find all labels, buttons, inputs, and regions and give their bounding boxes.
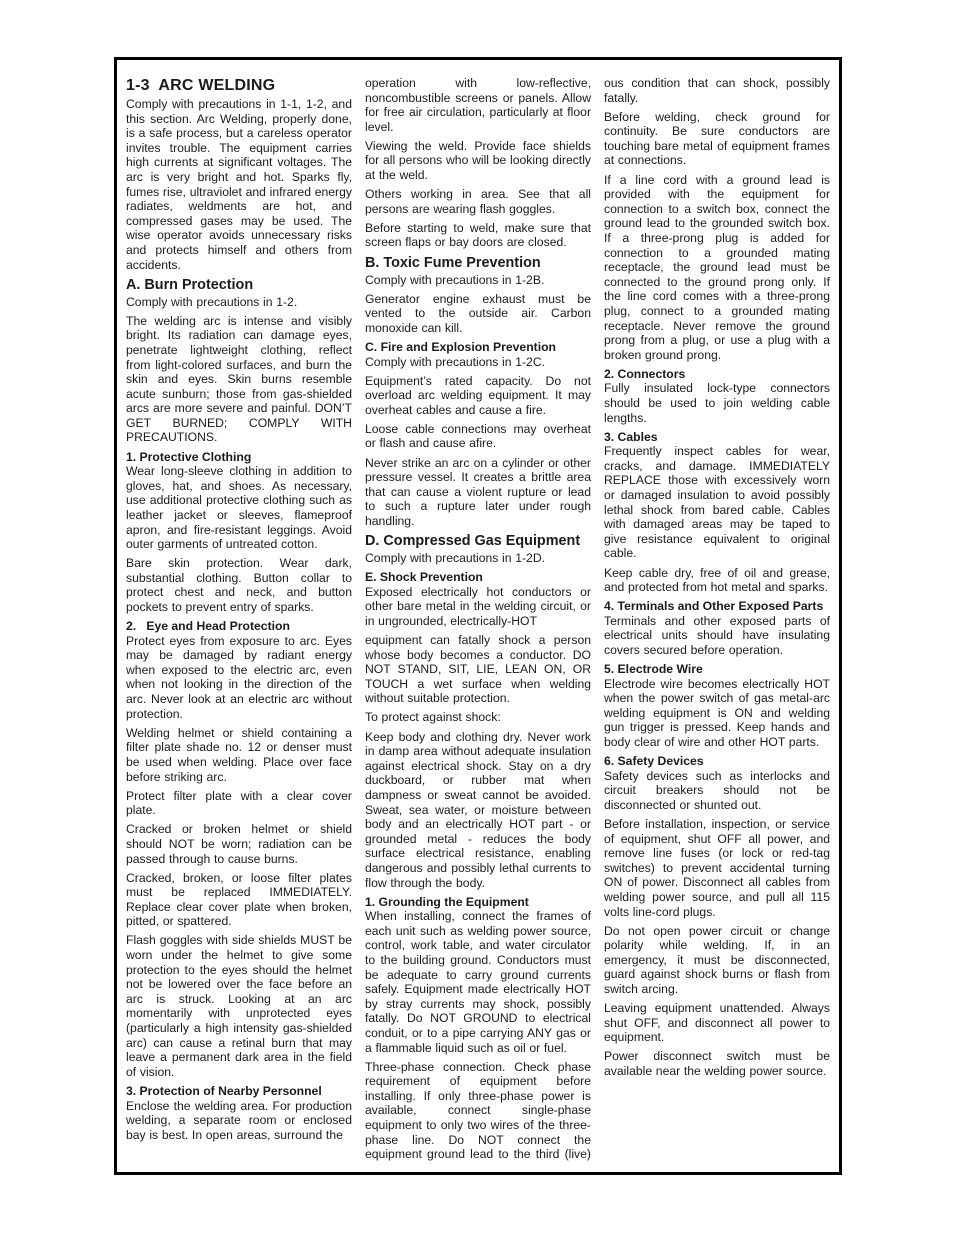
paragraph: Leaving equipment unattended. Always shu… — [604, 1001, 830, 1045]
paragraph: Others working in area. See that all per… — [365, 187, 591, 216]
paragraph: Welding helmet or shield containing a fi… — [126, 726, 352, 784]
paragraph: Viewing the weld. Provide face shields f… — [365, 139, 591, 183]
section-title: 1-3 ARC WELDING — [126, 76, 352, 95]
paragraph: Comply with precautions in 1-2D. — [365, 551, 591, 566]
subsection-heading: 2. Eye and Head Protection — [126, 619, 352, 634]
column-2: operation with low-reflective, noncombus… — [365, 76, 591, 1164]
paragraph: Terminals and other exposed parts of ele… — [604, 614, 830, 658]
paragraph: Exposed electrically hot conductors or o… — [365, 585, 591, 629]
paragraph: equipment can fatally shock a person who… — [365, 633, 591, 706]
subsection-heading: 3. Protection of Nearby Personnel — [126, 1084, 352, 1099]
paragraph: Equipment’s rated capacity. Do not overl… — [365, 374, 591, 418]
paragraph: Keep body and clothing dry. Never work i… — [365, 730, 591, 891]
document-frame: 1-3 ARC WELDINGComply with precautions i… — [114, 57, 842, 1175]
paragraph: Safety devices such as interlocks and ci… — [604, 769, 830, 813]
paragraph: Protect filter plate with a clear cover … — [126, 789, 352, 818]
paragraph: ous condition that can shock, possibly f… — [604, 76, 830, 105]
paragraph: Cracked or broken helmet or shield shoul… — [126, 822, 352, 866]
subsection-heading: C. Fire and Explosion Prevention — [365, 340, 591, 355]
section-heading: A. Burn Protection — [126, 277, 352, 294]
paragraph: Power disconnect switch must be availabl… — [604, 1049, 830, 1078]
paragraph: The welding arc is intense and visibly b… — [126, 314, 352, 445]
paragraph: Cracked, broken, or loose filter plates … — [126, 871, 352, 929]
paragraph: When installing, connect the frames of e… — [365, 909, 591, 1055]
subsection-heading: 1. Protective Clothing — [126, 450, 352, 465]
section-heading: D. Compressed Gas Equipment — [365, 533, 591, 550]
paragraph: Wear long-sleeve clothing in addition to… — [126, 464, 352, 552]
paragraph: Comply with precautions in 1-2C. — [365, 355, 591, 370]
subsection-heading: 6. Safety Devices — [604, 754, 830, 769]
paragraph: operation with low-reflective, noncombus… — [365, 76, 591, 134]
paragraph: Comply with precautions in 1-2B. — [365, 273, 591, 288]
paragraph: Fully insulated lock-type connectors sho… — [604, 381, 830, 425]
subsection-heading: E. Shock Prevention — [365, 570, 591, 585]
paragraph: Comply with precautions in 1-2. — [126, 295, 352, 310]
paragraph: Flash goggles with side shields MUST be … — [126, 933, 352, 1079]
column-1: 1-3 ARC WELDINGComply with precautions i… — [126, 76, 352, 1164]
subsection-heading: 1. Grounding the Equipment — [365, 895, 591, 910]
paragraph: Electrode wire becomes electrically HOT … — [604, 677, 830, 750]
paragraph: Loose cable connections may overheat or … — [365, 422, 591, 451]
paragraph: Comply with precautions in 1-1, 1-2, and… — [126, 97, 352, 272]
page: { "colors": { "page_background": "#fffff… — [0, 0, 954, 1235]
column-3: ous condition that can shock, possibly f… — [604, 76, 830, 1164]
paragraph: Before installation, inspection, or serv… — [604, 817, 830, 919]
paragraph: To protect against shock: — [365, 710, 591, 725]
paragraph: Generator engine exhaust must be vented … — [365, 292, 591, 336]
section-heading: B. Toxic Fume Prevention — [365, 255, 591, 272]
subsection-heading: 3. Cables — [604, 430, 830, 445]
paragraph: Three-phase connection. Check phase requ… — [365, 1060, 591, 1164]
paragraph: Protect eyes from exposure to arc. Eyes … — [126, 634, 352, 722]
paragraph: Never strike an arc on a cylinder or oth… — [365, 456, 591, 529]
paragraph: Do not open power circuit or change pola… — [604, 924, 830, 997]
paragraph: Bare skin protection. Wear dark, substan… — [126, 556, 352, 614]
subsection-heading: 2. Connectors — [604, 367, 830, 382]
paragraph: Keep cable dry, free of oil and grease, … — [604, 566, 830, 595]
subsection-heading: 4. Terminals and Other Exposed Parts — [604, 599, 830, 614]
subsection-heading: 5. Electrode Wire — [604, 662, 830, 677]
paragraph: Enclose the welding area. For production… — [126, 1099, 352, 1143]
paragraph: If a line cord with a ground lead is pro… — [604, 173, 830, 363]
paragraph: Frequently inspect cables for wear, crac… — [604, 444, 830, 561]
paragraph: Before welding, check ground for continu… — [604, 110, 830, 168]
paragraph: Before starting to weld, make sure that … — [365, 221, 591, 250]
